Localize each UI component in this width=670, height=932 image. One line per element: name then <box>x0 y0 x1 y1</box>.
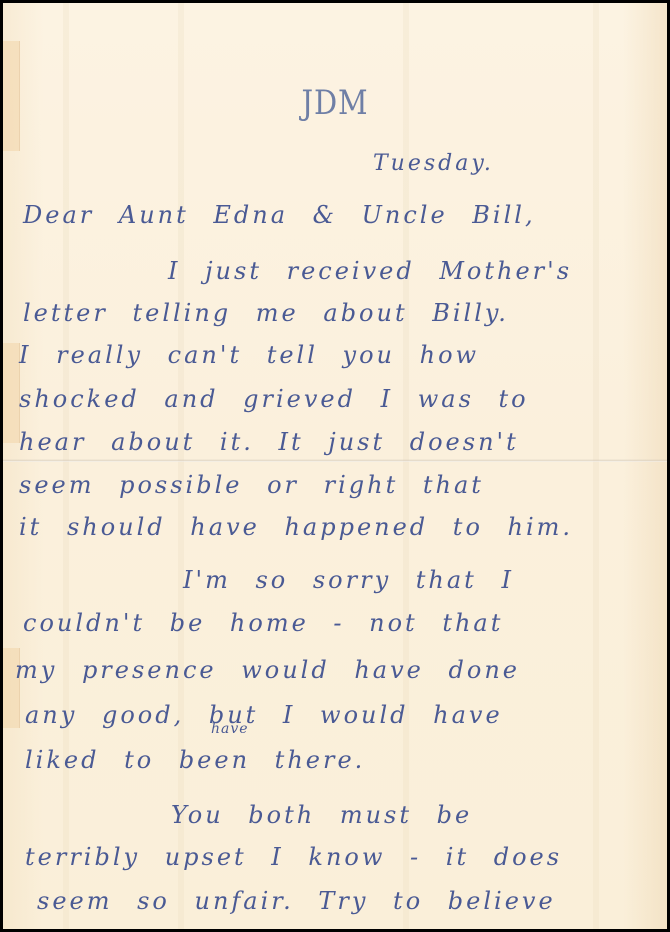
paper-streak <box>63 3 69 929</box>
letter-line: shocked and grieved I was to <box>19 387 529 411</box>
inserted-word: have <box>211 721 249 737</box>
letter-line: liked to been there. <box>25 748 365 772</box>
letter-line: my presence would have done <box>15 658 520 682</box>
letter-line: seem so unfair. Try to believe <box>37 889 556 913</box>
letter-line: I'm so sorry that I <box>183 568 514 592</box>
letter-line: couldn't be home - not that <box>23 611 503 635</box>
letter-line: seem possible or right that <box>19 473 484 497</box>
paper-streak <box>593 3 599 929</box>
letter-line: You both must be <box>171 803 472 827</box>
letter-line: I just received Mother's <box>168 259 572 283</box>
letter-line: terribly upset I know - it does <box>25 845 562 869</box>
tape-mark <box>3 343 20 443</box>
salutation: Dear Aunt Edna & Uncle Bill, <box>23 203 536 227</box>
letter-line: I really can't tell you how <box>19 343 479 367</box>
letter-line: hear about it. It just doesn't <box>19 430 519 454</box>
paper-streak <box>178 3 184 929</box>
tape-mark <box>3 41 20 151</box>
date: Tuesday. <box>373 153 494 175</box>
letter-page: JDM Tuesday. Dear Aunt Edna & Uncle Bill… <box>3 3 667 929</box>
letter-line: it should have happened to him. <box>19 515 573 539</box>
letter-line: letter telling me about Billy. <box>23 301 509 325</box>
monogram: JDM <box>53 83 617 123</box>
paper-streak <box>403 3 409 929</box>
fold-line <box>3 459 667 462</box>
letter-line: any good, but I would have <box>25 703 503 727</box>
